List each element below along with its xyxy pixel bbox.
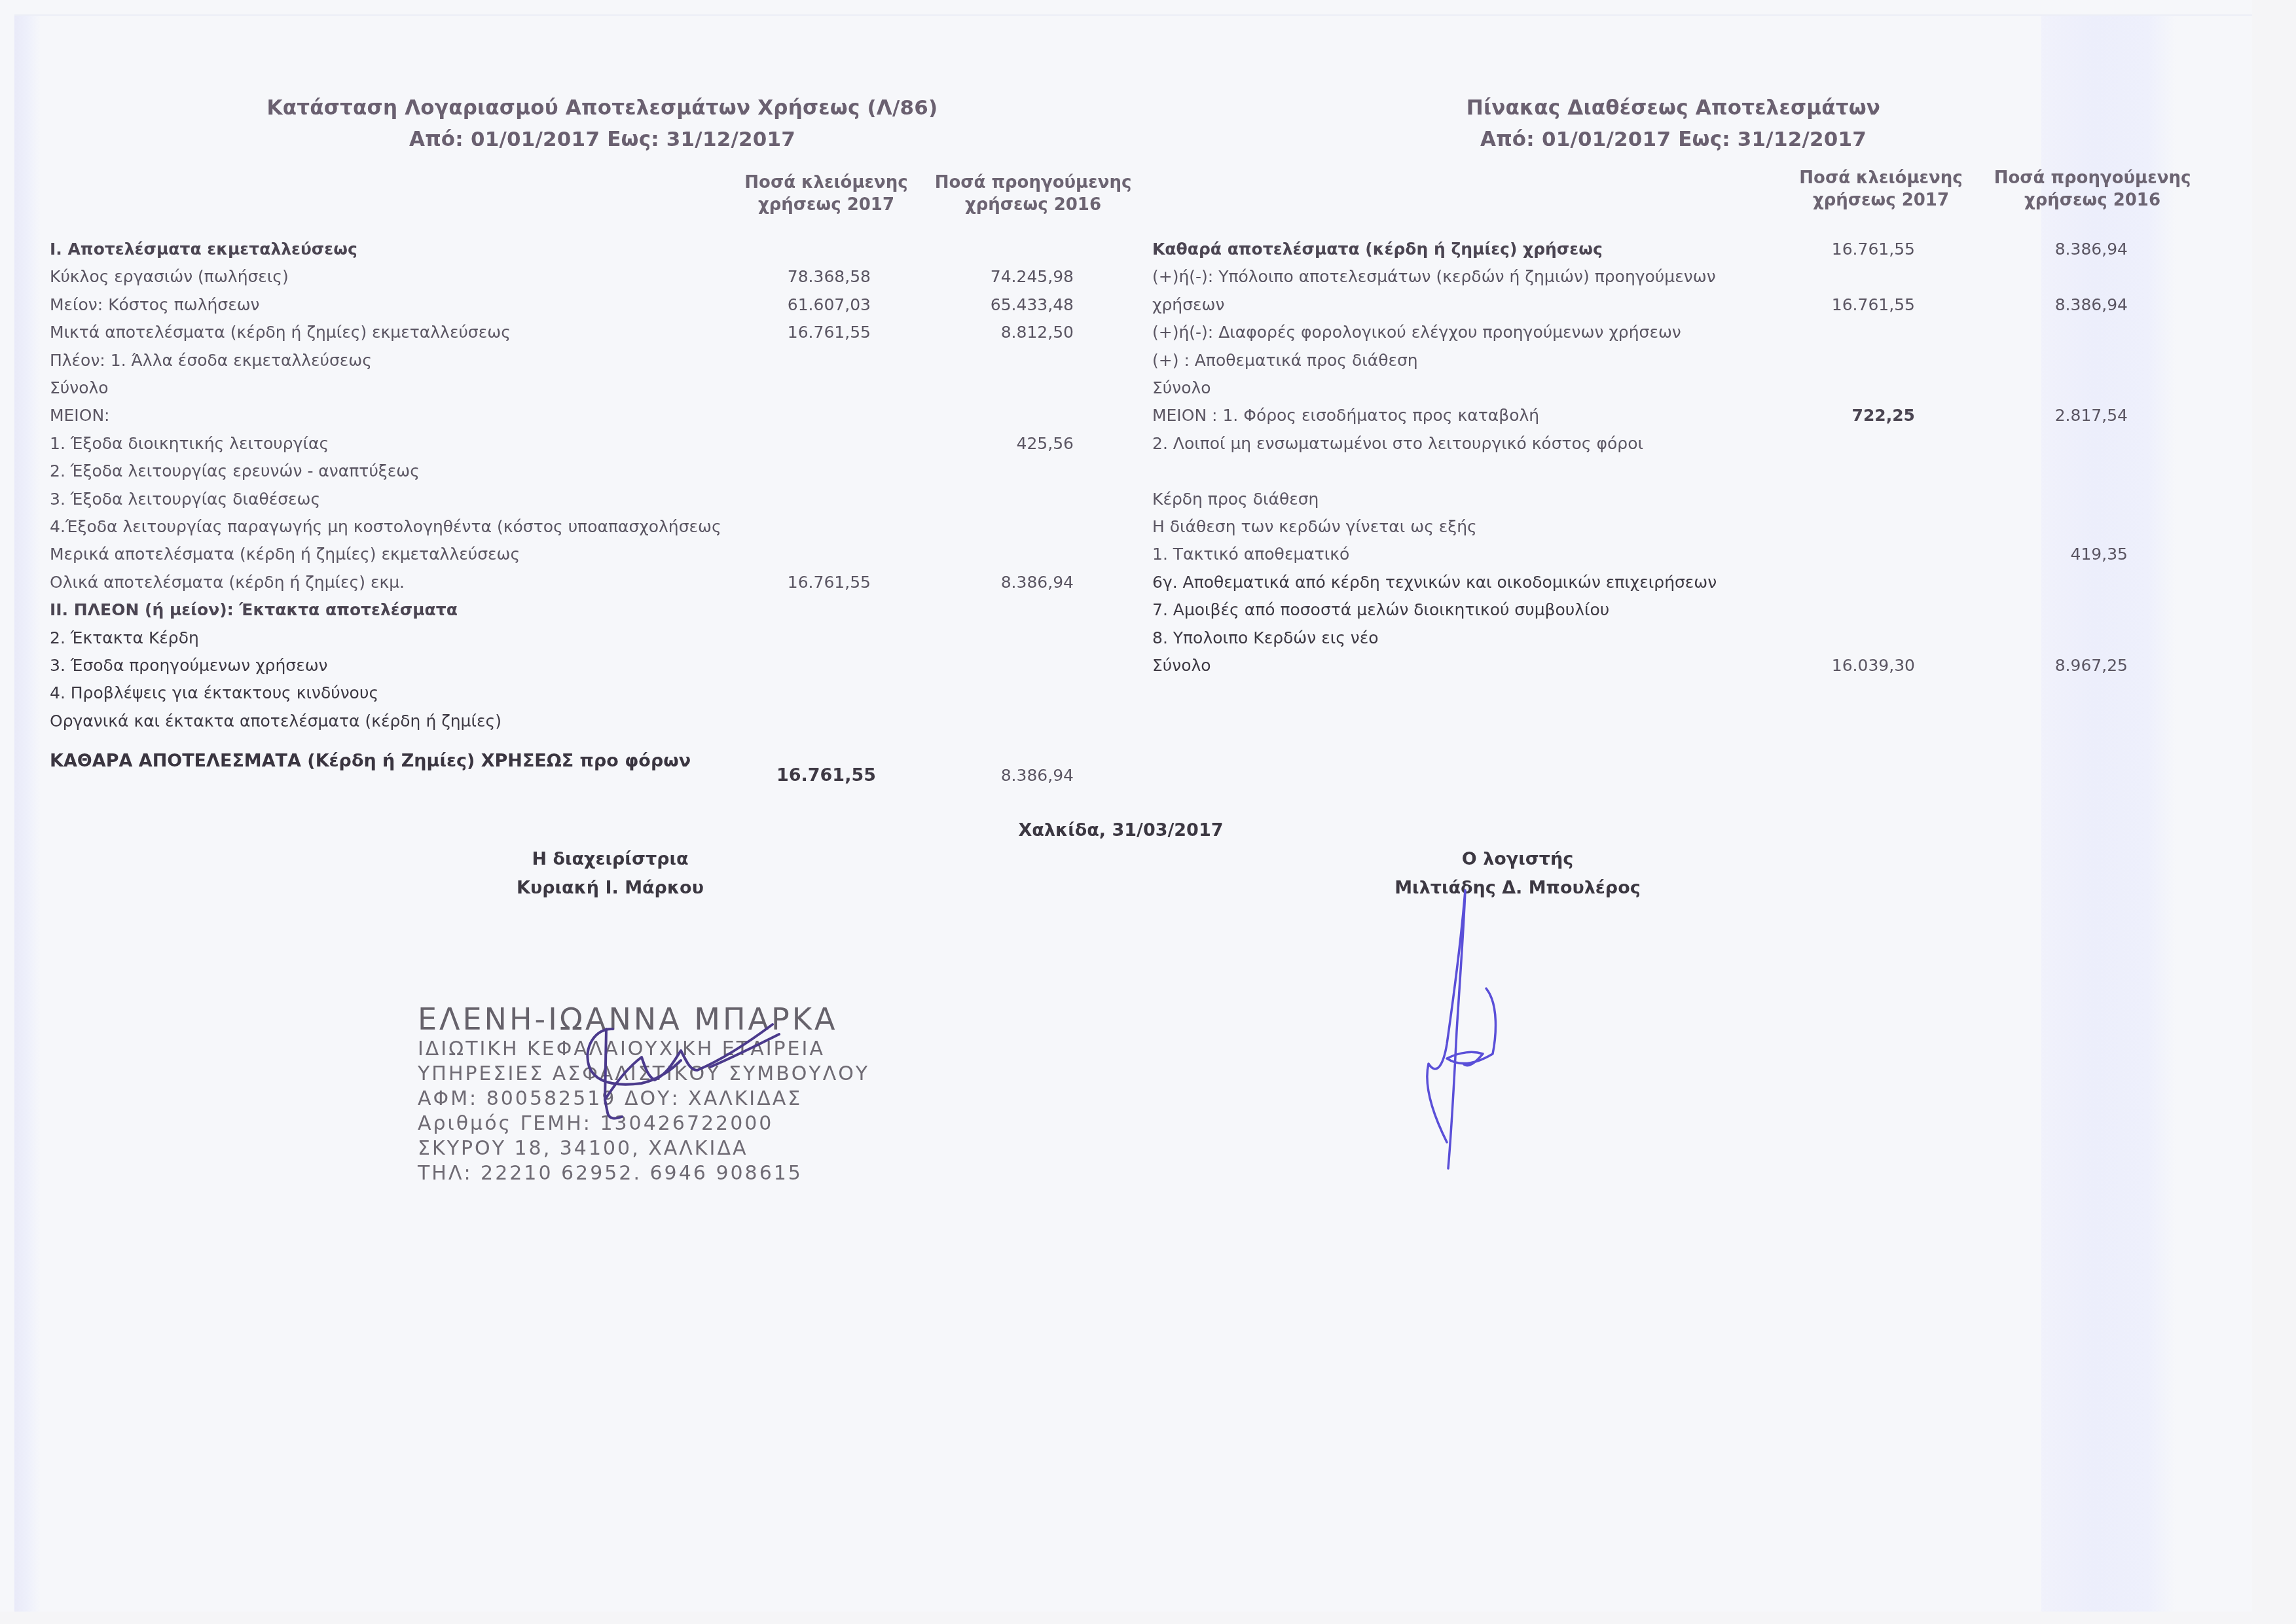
row-label: Καθαρά αποτελέσματα (κέρδη ή ζημίες) χρή… [1152, 240, 1603, 259]
row-previous-amount: 8.386,94 [1994, 240, 2128, 259]
row-label: 3. Έξοδα λειτουργίας διαθέσεως [50, 490, 320, 509]
row-label: Σύνολο [50, 378, 109, 398]
row-label: Οργανικά και έκτακτα αποτελέσματα (κέρδη… [50, 712, 501, 731]
col-header-line2: χρήσεως 2016 [935, 194, 1132, 216]
row-label: (+)ή(-): Υπόλοιπο αποτελεσμάτων (κερδών … [1152, 267, 1716, 287]
accountant-signature [1414, 887, 1493, 1175]
row-label: Μερικά αποτελέσματα (κέρδη ή ζημίες) εκμ… [50, 545, 520, 564]
row-current-amount: 61.607,03 [740, 295, 871, 315]
row-label: (+)ή(-): Διαφορές φορολογικού ελέγχου πρ… [1152, 323, 1681, 342]
row-label: 7. Αμοιβές από ποσοστά μελών διοικητικού… [1152, 600, 1609, 620]
col-header-line2: χρήσεως 2017 [744, 194, 907, 216]
row-current-amount: 16.761,55 [740, 323, 871, 342]
row-previous-amount: 65.433,48 [943, 295, 1074, 315]
appropriation-col-current-header: Ποσά κλειόμενης χρήσεως 2017 [1799, 167, 1962, 211]
row-label: II. ΠΛΕΟΝ (ή μείον): Έκτακτα αποτελέσματ… [50, 600, 458, 620]
row-label: 6γ. Αποθεματικά από κέρδη τεχνικών και ο… [1152, 573, 1717, 592]
row-current-amount: 16.761,55 [1781, 295, 1915, 315]
net-result-label: ΚΑΘΑΡΑ ΑΠΟΤΕΛΕΣΜΑΤΑ (Κέρδη ή Ζημίες) ΧΡΗ… [50, 751, 691, 771]
appropriation-period: Από: 01/01/2017 Εως: 31/12/2017 [1480, 130, 1867, 149]
row-label: Κέρδη προς διάθεση [1152, 490, 1319, 509]
col-header-line1: Ποσά προηγούμενης [1994, 167, 2191, 189]
col-header-line2: χρήσεως 2016 [1994, 189, 2191, 211]
stamp-phone: ΤΗΛ: 22210 62952. 6946 908615 [418, 1161, 869, 1186]
row-label: 1. Τακτικό αποθεματικό [1152, 545, 1349, 564]
scan-edge-right [2252, 0, 2296, 1624]
row-label: 1. Έξοδα διοικητικής λειτουργίας [50, 434, 329, 454]
row-label: 4.Έξοδα λειτουργίας παραγωγής μη κοστολο… [50, 517, 721, 537]
appropriation-col-previous-header: Ποσά προηγούμενης χρήσεως 2016 [1994, 167, 2191, 211]
row-label: I. Αποτελέσματα εκμεταλλεύσεως [50, 240, 357, 259]
row-current-amount: 16.761,55 [740, 573, 871, 592]
row-label: Ολικά αποτελέσματα (κέρδη ή ζημίες) εκμ. [50, 573, 405, 592]
manager-role: Η διαχειρίστρια [532, 850, 688, 869]
row-current-amount: 78.368,58 [740, 267, 871, 287]
row-label: 8. Υπολοιπο Κερδών εις νέο [1152, 628, 1379, 648]
appropriation-title: Πίνακας Διαθέσεως Αποτελεσμάτων [1467, 98, 1880, 118]
scan-edge-left [14, 16, 41, 1613]
row-previous-amount: 8.386,94 [1994, 295, 2128, 315]
row-label: Κύκλος εργασιών (πωλήσεις) [50, 267, 289, 287]
col-header-line1: Ποσά κλειόμενης [1799, 167, 1962, 189]
row-label: Πλέον: 1. Άλλα έσοδα εκμεταλλεύσεως [50, 351, 372, 370]
row-label: 3. Έσοδα προηγούμενων χρήσεων [50, 656, 328, 676]
row-previous-amount: 8.386,94 [943, 573, 1074, 592]
place-date: Χαλκίδα, 31/03/2017 [1019, 821, 1224, 840]
row-label: ΜΕΙΟΝ: [50, 406, 110, 425]
row-label: Σύνολο [1152, 656, 1211, 676]
net-result-previous: 8.386,94 [943, 766, 1074, 785]
scan-edge-bottom [0, 1612, 2296, 1624]
row-previous-amount: 419,35 [1994, 545, 2128, 564]
row-label: Μείον: Κόστος πωλήσεων [50, 295, 260, 315]
row-label: Η διάθεση των κερδών γίνεται ως εξής [1152, 517, 1477, 537]
row-previous-amount: 425,56 [943, 434, 1074, 454]
income-col-previous-header: Ποσά προηγούμενης χρήσεως 2016 [935, 171, 1132, 216]
row-label: Μικτά αποτελέσματα (κέρδη ή ζημίες) εκμε… [50, 323, 511, 342]
row-previous-amount: 8.967,25 [1994, 656, 2128, 676]
col-header-line2: χρήσεως 2017 [1799, 189, 1962, 211]
net-result-current: 16.761,55 [740, 766, 876, 785]
accountant-role: Ο λογιστής [1462, 850, 1573, 869]
row-label: 2. Λοιποί μη ενσωματωμένοι στο λειτουργι… [1152, 434, 1643, 454]
col-header-line1: Ποσά προηγούμενης [935, 171, 1132, 194]
row-current-amount: 16.761,55 [1781, 240, 1915, 259]
income-col-current-header: Ποσά κλειόμενης χρήσεως 2017 [744, 171, 907, 216]
row-label: 4. Προβλέψεις για έκτακτους κινδύνους [50, 683, 378, 703]
row-label: Σύνολο [1152, 378, 1211, 398]
row-current-amount: 16.039,30 [1781, 656, 1915, 676]
income-statement-title: Κατάσταση Λογαριασμού Αποτελεσμάτων Χρήσ… [267, 98, 938, 118]
row-label: χρήσεων [1152, 295, 1224, 315]
row-previous-amount: 74.245,98 [943, 267, 1074, 287]
row-previous-amount: 8.812,50 [943, 323, 1074, 342]
row-current-amount: 722,25 [1781, 406, 1915, 425]
scan-edge-top [14, 14, 2267, 16]
income-statement-period: Από: 01/01/2017 Εως: 31/12/2017 [409, 130, 795, 149]
row-label: (+) : Αποθεματικά προς διάθεση [1152, 351, 1418, 370]
manager-signature [576, 1021, 838, 1152]
manager-name: Κυριακή Ι. Μάρκου [517, 878, 704, 898]
row-label: 2. Έκτακτα Κέρδη [50, 628, 199, 648]
row-label: ΜΕΙΟΝ : 1. Φόρος εισοδήματος προς καταβο… [1152, 406, 1539, 425]
col-header-line1: Ποσά κλειόμενης [744, 171, 907, 194]
row-previous-amount: 2.817,54 [1994, 406, 2128, 425]
row-label: 2. Έξοδα λειτουργίας ερευνών - αναπτύξεω… [50, 461, 420, 481]
